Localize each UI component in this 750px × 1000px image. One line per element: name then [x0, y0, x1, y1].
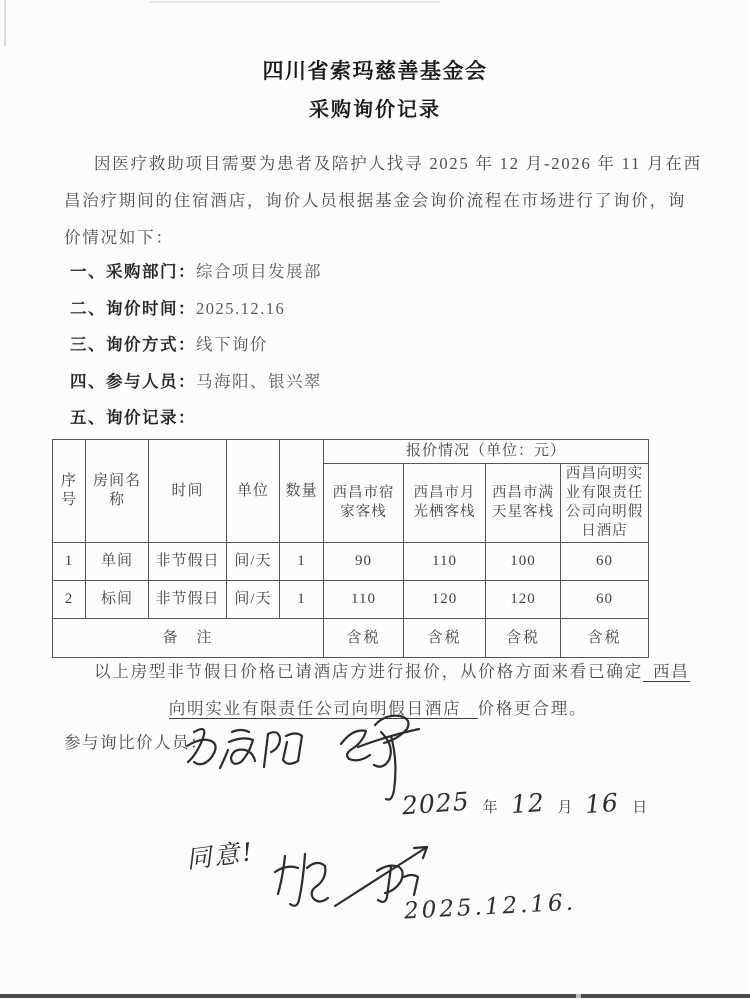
meta-list: 一、采购部门：综合项目发展部 二、询价时间：2025.12.16 三、询价方式：… [70, 254, 690, 437]
meta-value: 2025.12.16 [196, 299, 285, 318]
year-suffix: 年 [483, 796, 498, 817]
vendor-header-xiangming-hotel: 西昌向明实业有限责任公司向明假日酒店 [561, 464, 649, 543]
conclusion-line-1: 以上房型非节假日价格已请酒店方进行报价，从价格方面来看已确定西昌 [64, 653, 692, 690]
handwritten-day: 16 [584, 788, 620, 819]
cell-unit: 间/天 [227, 543, 280, 581]
cell-room: 单间 [86, 543, 149, 581]
remark-label: 备 注 [53, 619, 324, 658]
col-header-qty: 数量 [280, 440, 324, 543]
cell-time: 非节假日 [149, 543, 227, 581]
vendor-header-mantianxing-inn: 西昌市满天星客栈 [486, 464, 561, 543]
cell-qty: 1 [280, 543, 324, 581]
scan-edge-top [150, 1, 440, 3]
conclusion-text-end: 价格更合理。 [478, 699, 588, 718]
meta-item-participants: 四、参与人员：马海阳、银兴翠 [70, 364, 690, 401]
month-suffix: 月 [557, 796, 572, 817]
cell-no: 1 [53, 543, 86, 581]
cell-room: 标间 [86, 581, 149, 619]
col-header-no: 序号 [53, 440, 86, 543]
remark-value-4: 含税 [561, 619, 649, 658]
intro-line-3: 价情况如下： [64, 219, 692, 256]
meta-label: 二、询价时间： [70, 300, 196, 318]
cell-quote-3: 100 [486, 543, 561, 581]
table-row-single-room: 1 单间 非节假日 间/天 1 90 110 100 60 [53, 543, 649, 581]
remark-value-3: 含税 [486, 619, 561, 658]
handwritten-date-line: 2025 年 12 月 16 日 [402, 789, 647, 818]
meta-value: 马海阳、银兴翠 [196, 372, 322, 391]
handwritten-month: 12 [510, 788, 546, 819]
meta-item-inquiry-method: 三、询价方式：线下询价 [70, 327, 690, 364]
col-header-time: 时间 [149, 440, 227, 543]
cell-quote-2: 120 [404, 581, 486, 619]
intro-paragraph: 因医疗救助项目需要为患者及陪护人找寻 2025 年 12 月-2026 年 11… [64, 145, 692, 256]
quotation-table: 序号 房间名称 时间 单位 数量 报价情况（单位：元） 西昌市宿家客栈 西昌市月… [52, 439, 649, 658]
quote-group-header: 报价情况（单位：元） [324, 440, 649, 464]
scan-edge-left [4, 0, 6, 46]
meta-label: 四、参与人员： [70, 373, 196, 391]
document-subtitle: 采购询价记录 [0, 93, 750, 122]
handwritten-approval-note: 同意! [184, 832, 257, 876]
meta-label: 一、采购部门： [70, 263, 196, 281]
meta-value: 线下询价 [196, 335, 268, 354]
cell-quote-1: 90 [324, 543, 404, 581]
col-header-unit: 单位 [227, 440, 280, 543]
cell-no: 2 [53, 581, 86, 619]
vendor-header-sujia-inn: 西昌市宿家客栈 [324, 464, 404, 543]
table-row-remark: 备 注 含税 含税 含税 含税 [53, 619, 649, 658]
remark-value-2: 含税 [404, 619, 486, 658]
meta-label: 五、询价记录： [70, 409, 196, 427]
day-suffix: 日 [632, 796, 647, 817]
meta-item-department: 一、采购部门：综合项目发展部 [70, 254, 690, 291]
conclusion-underlined-hotel-start: 西昌 [643, 662, 690, 682]
meta-value: 综合项目发展部 [196, 262, 322, 281]
meta-item-inquiry-record: 五、询价记录： [70, 400, 690, 437]
table-row-standard-room: 2 标间 非节假日 间/天 1 110 120 120 60 [53, 581, 649, 619]
document-title: 四川省索玛慈善基金会 [0, 55, 750, 85]
intro-line-2: 昌治疗期间的住宿酒店，询价人员根据基金会询价流程在市场进行了询价，询 [64, 182, 692, 219]
cell-quote-3: 120 [486, 581, 561, 619]
cell-quote-4: 60 [561, 581, 649, 619]
handwritten-year: 2025 [401, 787, 470, 821]
cell-unit: 间/天 [227, 581, 280, 619]
cell-quote-2: 110 [404, 543, 486, 581]
vendor-header-yueguangqi-inn: 西昌市月光栖客栈 [404, 464, 486, 543]
remark-value-1: 含税 [324, 619, 404, 658]
cell-qty: 1 [280, 581, 324, 619]
meta-item-inquiry-date: 二、询价时间：2025.12.16 [70, 291, 690, 328]
cell-time: 非节假日 [149, 581, 227, 619]
cell-quote-4: 60 [561, 543, 649, 581]
scanned-procurement-record-page: 四川省索玛慈善基金会 采购询价记录 因医疗救助项目需要为患者及陪护人找寻 202… [0, 0, 750, 1000]
meta-label: 三、询价方式： [70, 336, 196, 354]
intro-line-1: 因医疗救助项目需要为患者及陪护人找寻 2025 年 12 月-2026 年 11… [64, 145, 692, 182]
signature-ma-haiyang [182, 716, 312, 778]
col-header-room: 房间名称 [86, 440, 149, 543]
scan-edge-notch [576, 994, 581, 998]
scan-edge-bottom [0, 994, 750, 998]
conclusion-text: 以上房型非节假日价格已请酒店方进行报价，从价格方面来看已确定 [94, 662, 643, 681]
cell-quote-1: 110 [324, 581, 404, 619]
